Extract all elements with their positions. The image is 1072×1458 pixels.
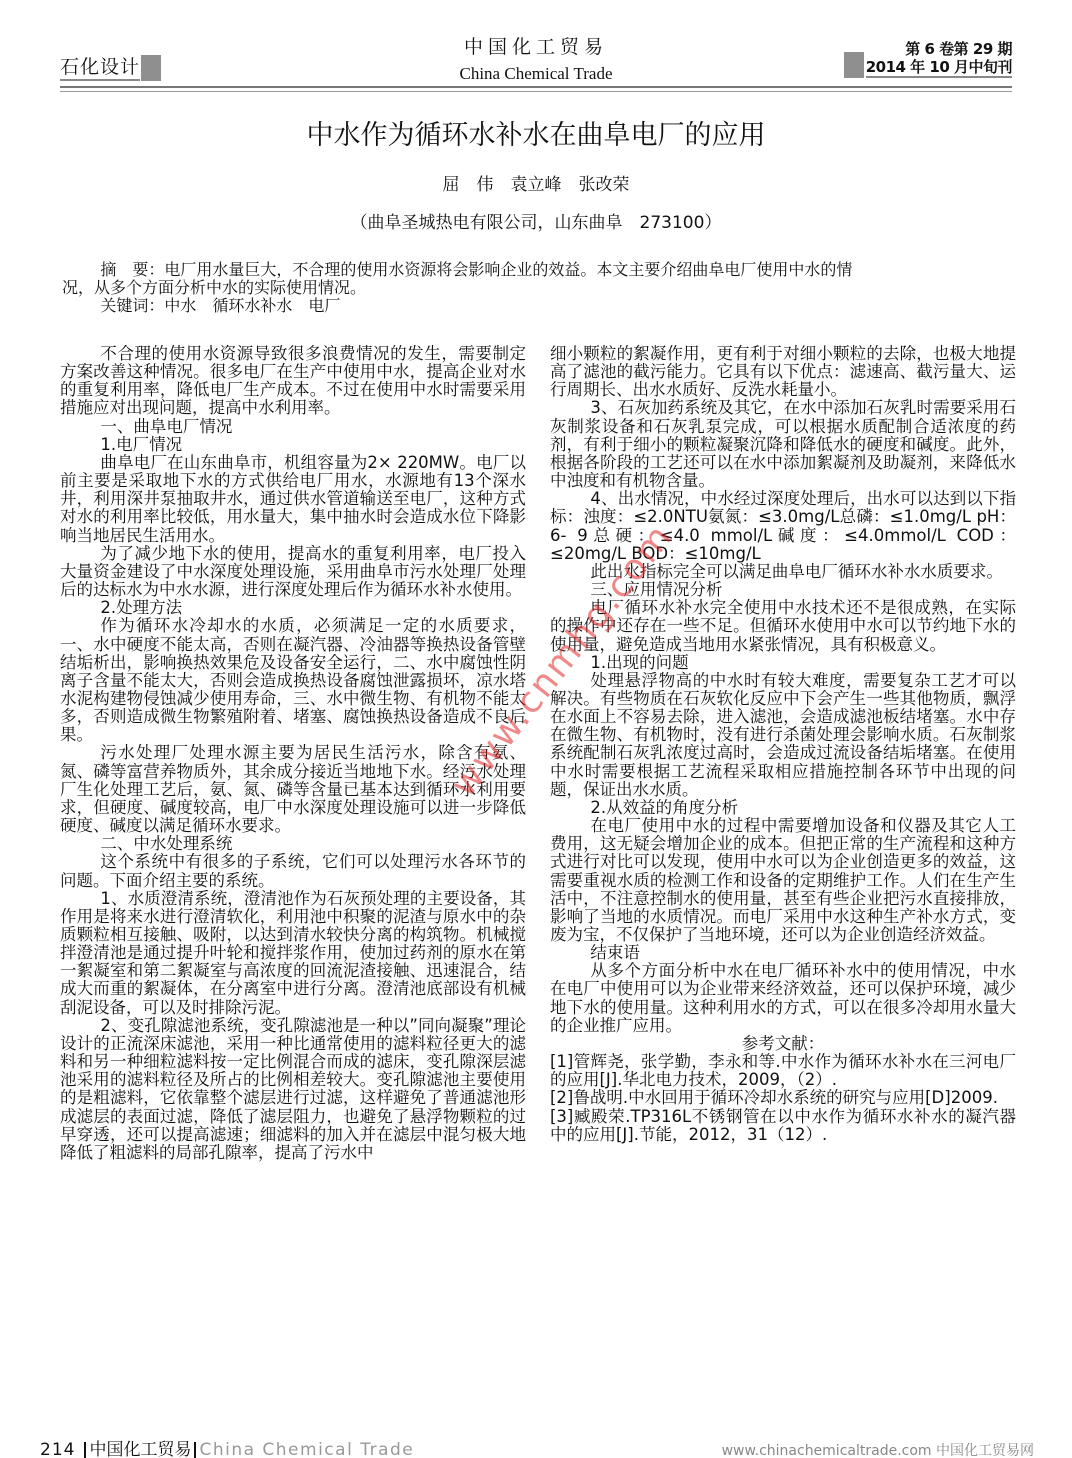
issue-info: 第 6 卷第 29 期 2014 年 10 月中旬刊: [844, 40, 1012, 78]
reference-item: [3]臧殿荣.TP316L不锈钢管在以中水作为循环水补水的凝汽器中的应用[J].…: [550, 1108, 1016, 1144]
footer-website: www.chinachemicaltrade.com 中国化工贸易网: [722, 1442, 1034, 1458]
keywords: 关键词：中水 循环水补水 电厂: [62, 297, 1010, 315]
footer-divider: [194, 1442, 196, 1458]
abstract: 摘 要：电厂用水量巨大，不合理的使用水资源将会影响企业的效益。本文主要介绍曲阜电…: [62, 261, 1010, 315]
page-number: 214: [40, 1440, 75, 1458]
footer-divider: [84, 1442, 86, 1458]
paragraph: 曲阜电厂在山东曲阜市，机组容量为2× 220MW。电厂以前主要是采取地下水的方式…: [60, 454, 526, 545]
body-column-left: 不合理的使用水资源导致很多浪费情况的发生，需要制定方案改善这种情况。很多电厂在生…: [60, 345, 526, 1162]
paragraph: 在电厂使用中水的过程中需要增加设备和仪器及其它人工费用，这无疑会增加企业的成本。…: [550, 817, 1016, 944]
paragraph: 不合理的使用水资源导致很多浪费情况的发生，需要制定方案改善这种情况。很多电厂在生…: [60, 345, 526, 418]
header-rule: [60, 86, 1012, 88]
reference-item: [1]管辉尧，张学勤，李永和等.中水作为循环水补水在三河电厂的应用[J].华北电…: [550, 1053, 1016, 1089]
footer-journal-en: China Chemical Trade: [199, 1440, 414, 1458]
article-affiliation: （曲阜圣城热电有限公司，山东曲阜 273100）: [0, 212, 1072, 234]
abstract-text: 摘 要：电厂用水量巨大，不合理的使用水资源将会影响企业的效益。本文主要介绍曲阜电…: [62, 261, 1010, 279]
footer-journal-cn: 中国化工贸易: [89, 1440, 191, 1458]
paragraph: 此出水指标完全可以满足曲阜电厂循环水补水水质要求。: [550, 563, 1016, 581]
paragraph: 从多个方面分析中水在电厂循环补水中的使用情况，中水在电厂中使用可以为企业带来经济…: [550, 962, 1016, 1035]
issue-info-text: 第 6 卷第 29 期 2014 年 10 月中旬刊: [866, 40, 1012, 78]
section-heading: 二、中水处理系统: [60, 835, 526, 853]
footer-left: 214 中国化工贸易 China Chemical Trade: [40, 1440, 414, 1458]
section-heading: 一、曲阜电厂情况: [60, 418, 526, 436]
header-rule-thin: [60, 91, 1012, 92]
paragraph: 电厂循环水补水完全使用中水技术还不是很成熟，在实际的操作中还存在一些不足。但循环…: [550, 599, 1016, 653]
paragraph: 处理悬浮物高的中水时有较大难度，需要复杂工艺才可以解决。有些物质在石灰软化反应中…: [550, 672, 1016, 799]
paragraph: 作为循环水冷却水的水质，必须满足一定的水质要求，一、水中硬度不能太高，否则在凝汽…: [60, 617, 526, 744]
paragraph: 细小颗粒的絮凝作用，更有利于对细小颗粒的去除，也极大地提高了滤池的截污能力。它具…: [550, 345, 1016, 399]
subsection-heading: 1.电厂情况: [60, 436, 526, 454]
body-column-right: 细小颗粒的絮凝作用，更有利于对细小颗粒的去除，也极大地提高了滤池的截污能力。它具…: [550, 345, 1016, 1144]
section-heading: 三、应用情况分析: [550, 581, 1016, 599]
article-title: 中水作为循环水补水在曲阜电厂的应用: [0, 118, 1072, 154]
paragraph: 这个系统中有很多的子系统，它们可以处理污水各环节的问题。下面介绍主要的系统。: [60, 853, 526, 889]
issue-volume: 第 6 卷第 29 期: [866, 40, 1012, 58]
subsection-heading: 2.从效益的角度分析: [550, 799, 1016, 817]
subsection-heading: 1.出现的问题: [550, 654, 1016, 672]
references-heading: 参考文献：: [550, 1035, 1016, 1053]
paragraph: 3、石灰加药系统及其它，在水中添加石灰乳时需要采用石灰制浆设备和石灰乳泵完成，可…: [550, 399, 1016, 490]
paragraph: 1、水质澄清系统，澄清池作为石灰预处理的主要设备，其作用是将来水进行澄清软化，利…: [60, 890, 526, 1017]
abstract-text-cont: 况，从多个方面分析中水的实际使用情况。: [62, 279, 1010, 297]
conclusion-heading: 结束语: [550, 944, 1016, 962]
paragraph: 污水处理厂处理水源主要为居民生活污水，除含有氨、氮、磷等富营养物质外，其余成分接…: [60, 744, 526, 835]
paragraph: 2、变孔隙滤池系统，变孔隙滤池是一种以”同向凝聚”理论设计的正流深床滤池，采用一…: [60, 1017, 526, 1162]
article-authors: 屈 伟 袁立峰 张改荣: [0, 174, 1072, 196]
issue-date: 2014 年 10 月中旬刊: [866, 58, 1012, 76]
issue-info-block: [844, 52, 864, 78]
paragraph: 4、出水情况，中水经过深度处理后，出水可以达到以下指标：浊度：≤2.0NTU氨氮…: [550, 490, 1016, 563]
paragraph: 为了减少地下水的使用，提高水的重复利用率，电厂投入大量资金建设了中水深度处理设施…: [60, 545, 526, 599]
subsection-heading: 2.处理方法: [60, 599, 526, 617]
reference-item: [2]鲁战明.中水回用于循环冷却水系统的研究与应用[D]2009.: [550, 1089, 1016, 1107]
